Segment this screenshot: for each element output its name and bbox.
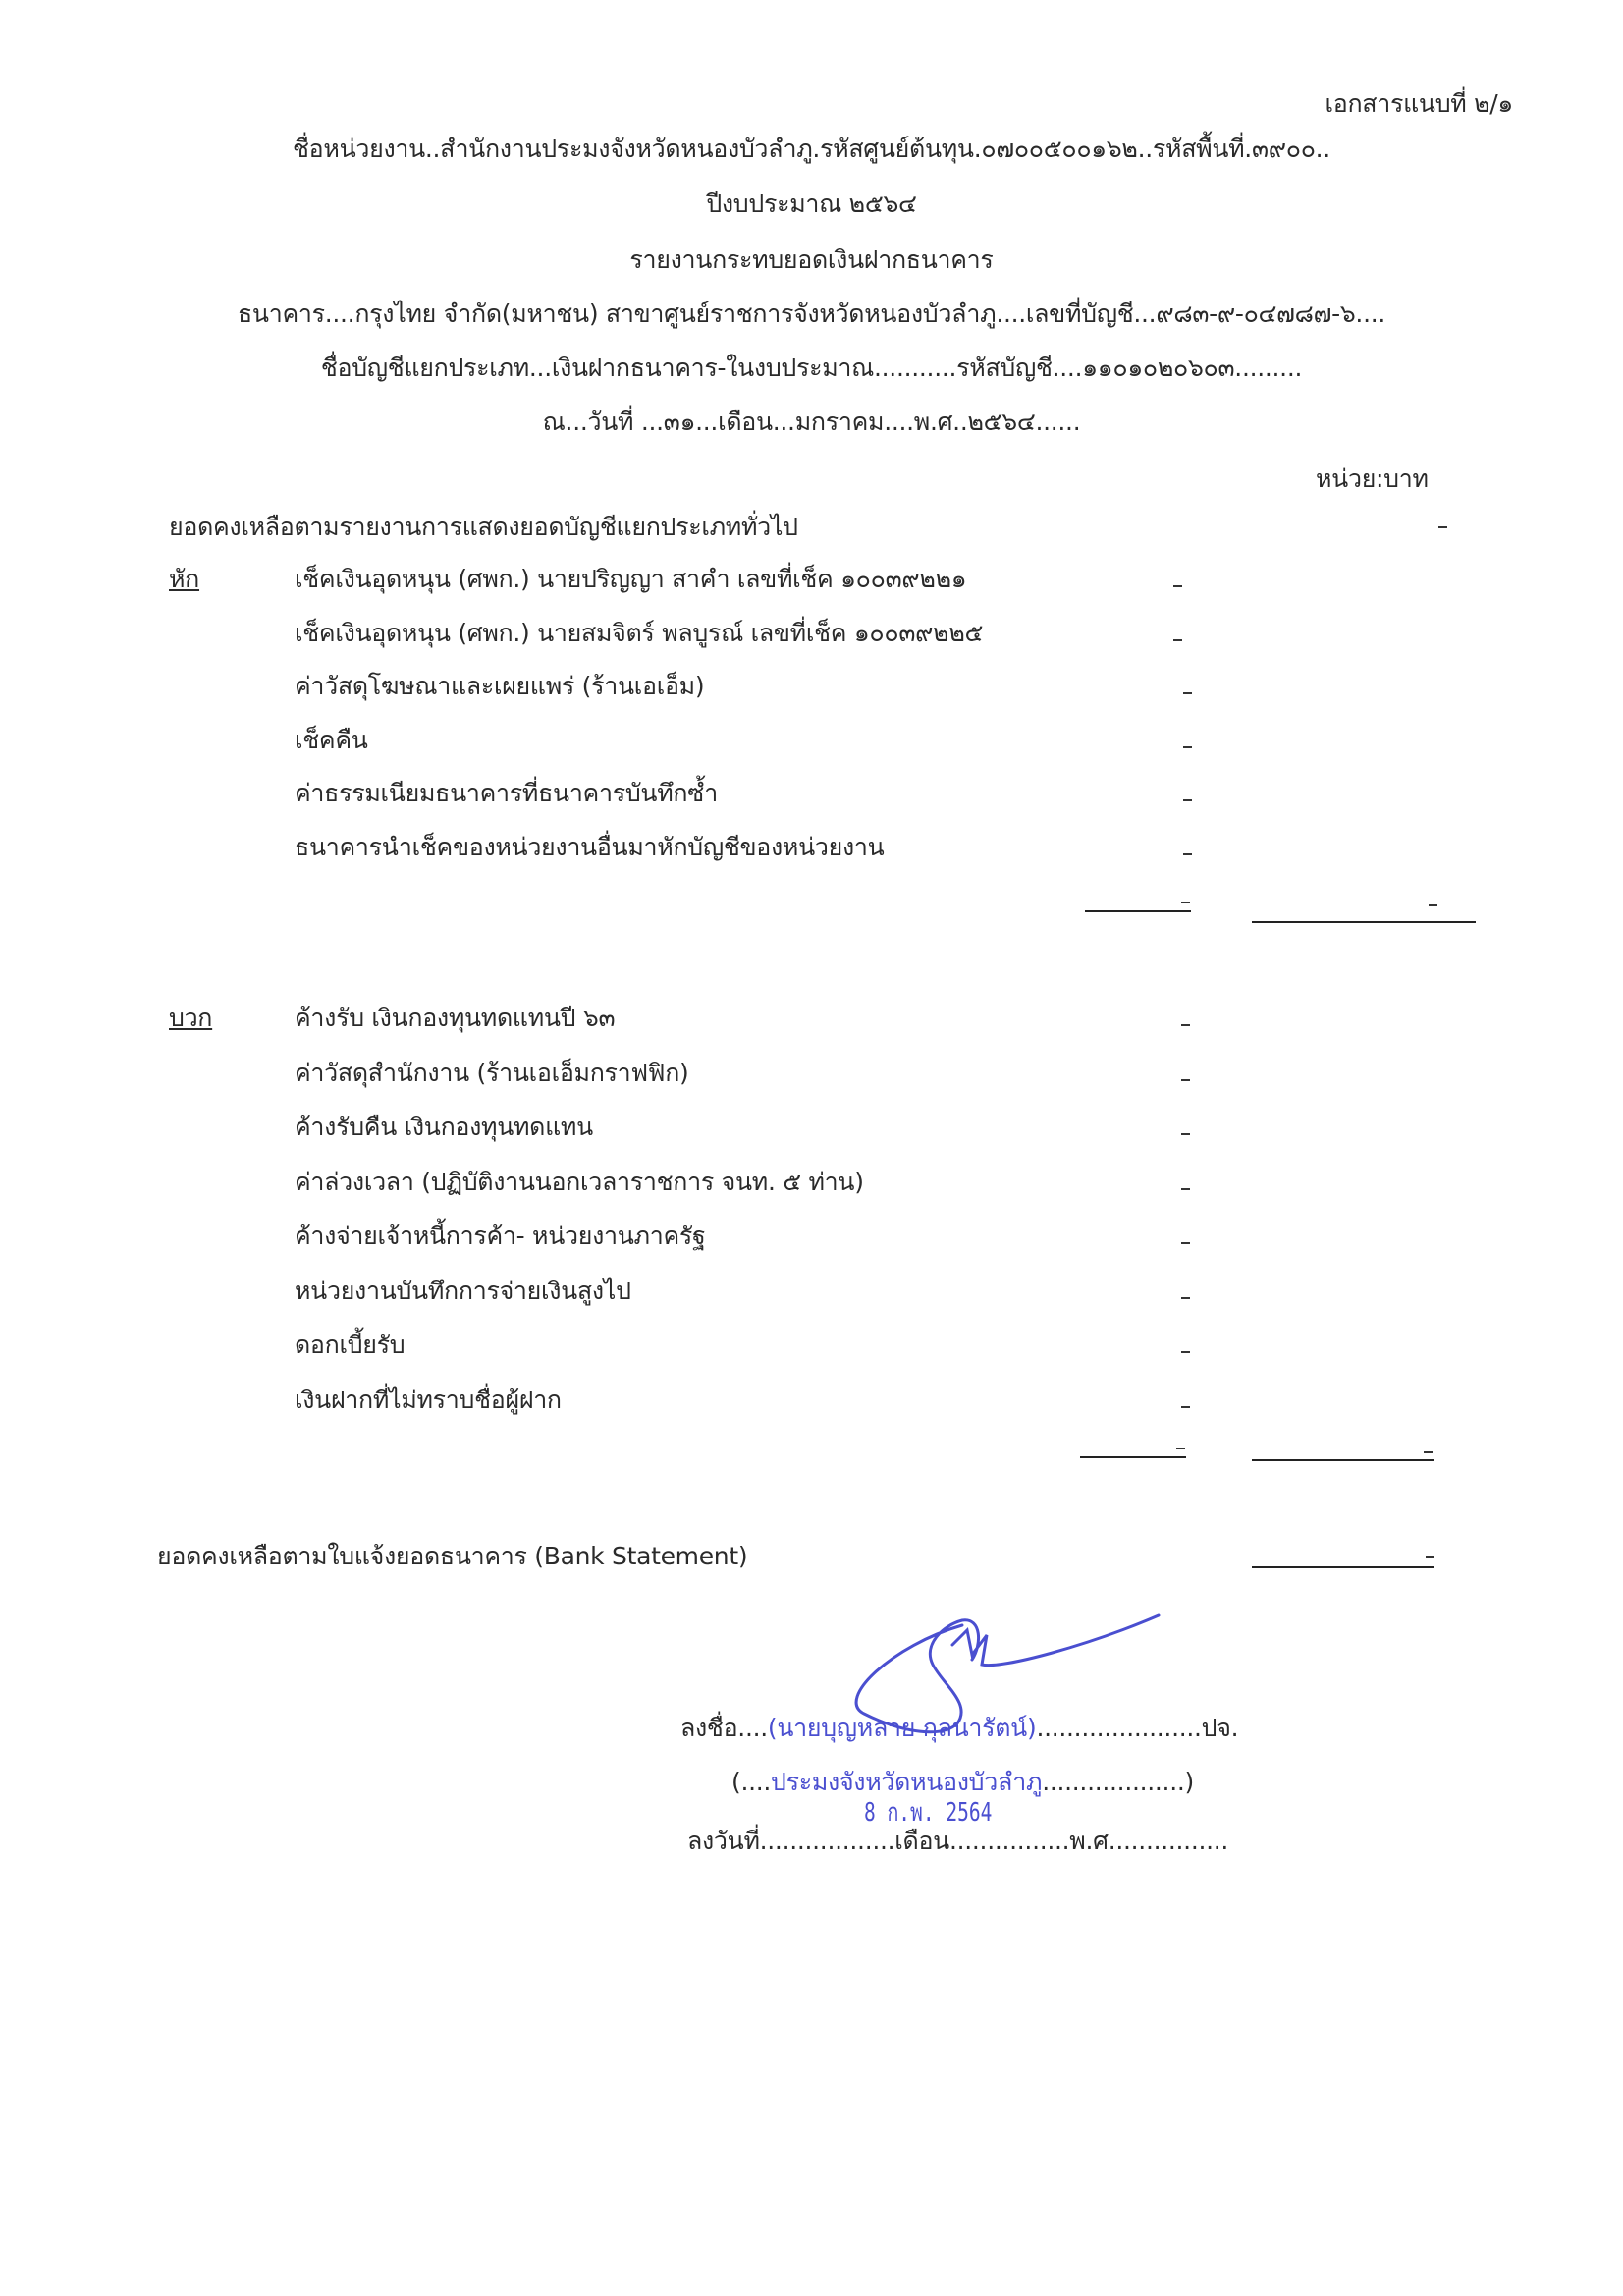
date-line: ณ...วันที่ ...๓๑...เดือน...มกราคม....พ.ศ…: [0, 403, 1623, 442]
sign-date-line: ลงวันที่..................เดือน.........…: [687, 1822, 1228, 1861]
line-item-amount: [1173, 585, 1182, 587]
line-item-text: ค่าวัสดุโฆษณาและเผยแพร่ (ร้านเอเอ็ม): [295, 667, 704, 706]
line-item-amount: [1183, 853, 1192, 855]
line-item-text: ดอกเบี้ยรับ: [295, 1326, 405, 1365]
line-item-text: ค่าล่วงเวลา (ปฏิบัติงานนอกเวลาราชการ จนท…: [295, 1163, 864, 1202]
line-item-amount: [1183, 692, 1192, 694]
add-subtotal-line: [1080, 1456, 1186, 1458]
line-item-text: หน่วยงานบันทึกการจ่ายเงินสูงไป: [295, 1272, 631, 1311]
line-item-amount: [1181, 1406, 1190, 1408]
line-item-amount: [1183, 746, 1192, 748]
line-item-amount: [1181, 1242, 1190, 1244]
line-item-amount: [1181, 1297, 1190, 1299]
sign-prefix: ลงชื่อ....: [680, 1714, 768, 1742]
line-item-amount: [1181, 1024, 1190, 1026]
closing-balance-label: ยอดคงเหลือตามใบแจ้งยอดธนาคาร (Bank State…: [157, 1537, 747, 1576]
unit-line: ชื่อหน่วยงาน..สำนักงานประมงจังหวัดหนองบั…: [0, 130, 1623, 169]
position-open: (....: [731, 1768, 771, 1796]
line-item-text: เช็คคืน: [295, 721, 368, 760]
signature-line: ลงชื่อ....(นายบุญหลาย กุลนารัตน์).......…: [680, 1709, 1238, 1748]
attachment-label: เอกสารแนบที่ ๒/๑: [1325, 84, 1514, 124]
line-item-text: ค่าวัสดุสำนักงาน (ร้านเอเอ็มกราฟฟิก): [295, 1054, 689, 1093]
line-item-text: ค้างจ่ายเจ้าหนี้การค้า- หน่วยงานภาครัฐ: [295, 1217, 706, 1256]
sign-dots: ......................: [1036, 1714, 1201, 1742]
bank-line: ธนาคาร....กรุงไทย จำกัด(มหาชน) สาขาศูนย์…: [0, 295, 1623, 334]
line-item-text: ค้างรับคืน เงินกองทุนทดแทน: [295, 1108, 593, 1147]
signer-name: (นายบุญหลาย กุลนารัตน์): [768, 1714, 1037, 1742]
unit-label: หน่วย:บาท: [1316, 460, 1429, 499]
position-close: ...................): [1042, 1768, 1194, 1796]
line-item-text: เช็คเงินอุดหนุน (ศพก.) นายปริญญา สาคำ เล…: [295, 560, 966, 599]
opening-balance-amount: [1438, 526, 1447, 528]
add-subtotal-amount: [1176, 1448, 1185, 1449]
line-item-text: เงินฝากที่ไม่ทราบชื่อผู้ฝาก: [295, 1381, 562, 1420]
line-item-text: ธนาคารนำเช็คของหน่วยงานอื่นมาหักบัญชีของ…: [295, 828, 884, 867]
line-item-amount: [1181, 1351, 1190, 1353]
line-item-amount: [1181, 1079, 1190, 1081]
opening-balance-label: ยอดคงเหลือตามรายงานการแสดงยอดบัญชีแยกประ…: [169, 508, 798, 547]
report-title: รายงานกระทบยอดเงินฝากธนาคาร: [0, 241, 1623, 280]
sign-suffix: ปจ.: [1202, 1714, 1239, 1742]
line-item-amount: [1183, 799, 1192, 801]
fiscal-year: ปีงบประมาณ ๒๕๖๔: [0, 185, 1623, 224]
deduct-subtotal-line: [1085, 910, 1191, 912]
deduct-total-line: [1252, 921, 1476, 923]
deduct-total-amount: [1429, 904, 1437, 906]
line-item-amount: [1181, 1133, 1190, 1135]
closing-balance-amount: [1426, 1556, 1434, 1558]
closing-total-line: [1252, 1566, 1434, 1568]
deduct-subtotal-amount: [1181, 902, 1190, 903]
account-line: ชื่อบัญชีแยกประเภท...เงินฝากธนาคาร-ในงบป…: [0, 349, 1623, 388]
deduct-label: หัก: [169, 560, 199, 599]
add-total-amount: [1424, 1451, 1433, 1453]
line-item-text: เช็คเงินอุดหนุน (ศพก.) นายสมจิตร์ พลบูรณ…: [295, 614, 983, 653]
line-item-amount: [1173, 639, 1182, 641]
line-item-text: ค่าธรรมเนียมธนาคารที่ธนาคารบันทึกซ้ำ: [295, 774, 718, 813]
line-item-amount: [1181, 1188, 1190, 1190]
add-label: บวก: [169, 999, 212, 1038]
add-total-line: [1252, 1459, 1434, 1461]
line-item-text: ค้างรับ เงินกองทุนทดแทนปี ๖๓: [295, 999, 615, 1038]
